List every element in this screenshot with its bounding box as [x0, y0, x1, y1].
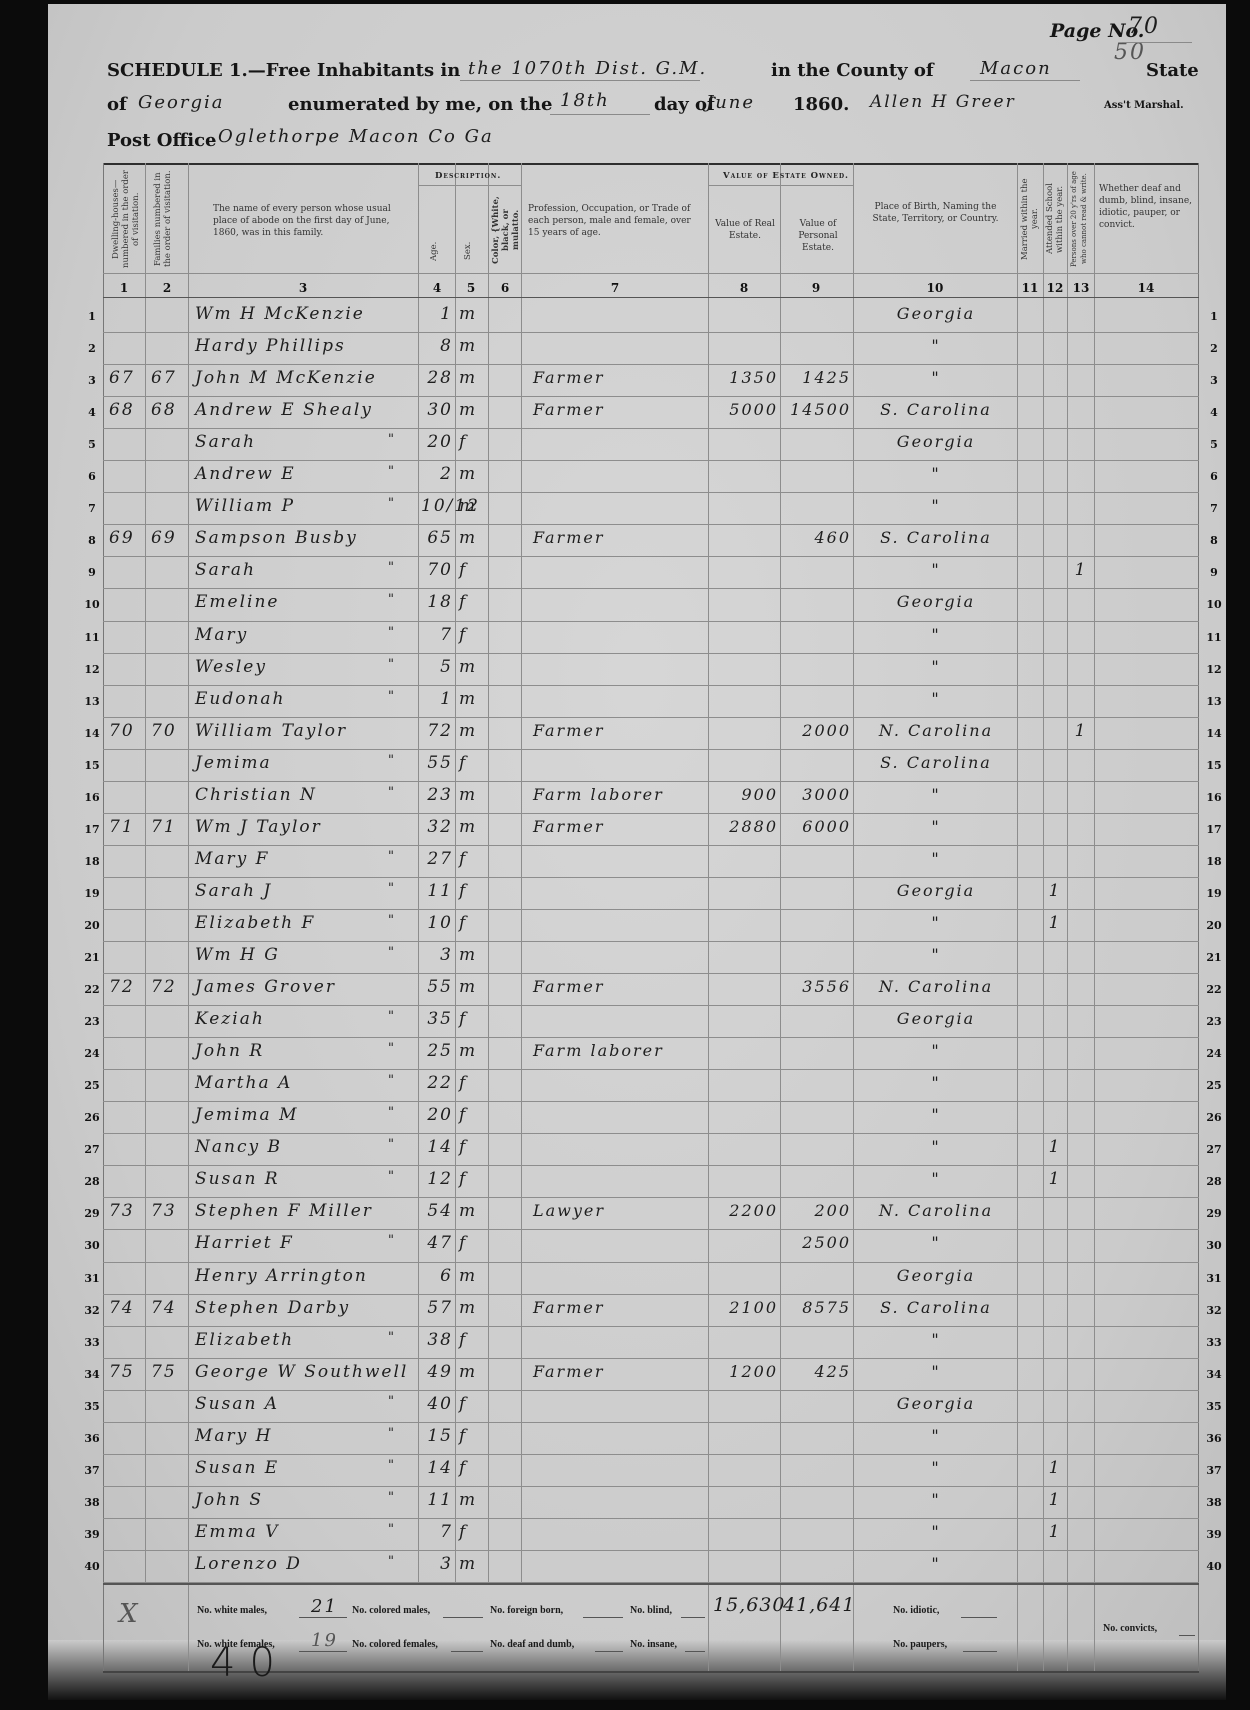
age-value: 20 [421, 1105, 453, 1125]
family-number: 73 [151, 1201, 185, 1221]
surname-ditto: " [388, 1394, 404, 1409]
row-number-left: 26 [81, 1111, 103, 1124]
deaf-dumb-label: No. deaf and dumb, [490, 1639, 574, 1650]
birthplace-value: " [859, 1041, 1013, 1060]
colored-males-label: No. colored males, [352, 1605, 430, 1616]
birthplace-value: " [859, 1522, 1013, 1541]
row-number-left: 9 [81, 566, 103, 579]
row-number-right: 28 [1203, 1175, 1225, 1188]
sex-value: m [459, 945, 485, 965]
row-number-left: 24 [81, 1047, 103, 1060]
sex-value: f [459, 1458, 485, 1478]
age-value: 8 [421, 336, 453, 356]
age-value: 28 [421, 368, 453, 388]
row-number-left: 19 [81, 887, 103, 900]
occupation-value: Farmer [533, 817, 705, 836]
birthplace-value: S. Carolina [859, 528, 1013, 547]
age-value: 70 [421, 560, 453, 580]
school-mark: 1 [1045, 1490, 1065, 1510]
row-number-right: 13 [1203, 695, 1225, 708]
row-number-right: 34 [1203, 1368, 1225, 1381]
age-value: 54 [421, 1201, 453, 1221]
col-line [780, 163, 781, 1673]
col-number: 2 [147, 281, 187, 295]
age-value: 49 [421, 1362, 453, 1382]
sex-value: m [459, 977, 485, 997]
age-value: 7 [421, 1522, 453, 1542]
row-number-right: 5 [1203, 438, 1225, 451]
personal-estate-value: 200 [783, 1201, 851, 1220]
age-value: 25 [421, 1041, 453, 1061]
person-name: Stephen Darby [195, 1298, 395, 1318]
col-number: 9 [796, 281, 836, 295]
age-value: 3 [421, 945, 453, 965]
age-value: 14 [421, 1458, 453, 1478]
birthplace-value: " [859, 1426, 1013, 1445]
row-number-left: 39 [81, 1528, 103, 1541]
personal-estate-value: 2000 [783, 721, 851, 740]
school-mark: 1 [1045, 881, 1065, 901]
age-value: 2 [421, 464, 453, 484]
person-name: Stephen F Miller [195, 1201, 395, 1221]
sex-value: f [459, 1137, 485, 1157]
person-name: Wm H McKenzie [195, 304, 395, 324]
col14-header: Whether deaf and dumb, blind, insane, id… [1099, 183, 1195, 231]
real-estate-value: 5000 [712, 400, 778, 419]
row-rule [103, 973, 1199, 974]
sex-value: m [459, 400, 485, 420]
sex-value: f [459, 432, 485, 452]
row-number-right: 32 [1203, 1304, 1225, 1317]
dwelling-number: 74 [109, 1298, 143, 1318]
birthplace-value: " [859, 913, 1013, 932]
col-line [488, 163, 489, 1583]
surname-ditto: " [388, 849, 404, 864]
row-number-left: 8 [81, 534, 103, 547]
row-number-right: 29 [1203, 1207, 1225, 1220]
person-name: Wm J Taylor [195, 817, 395, 837]
row-number-left: 2 [81, 342, 103, 355]
birthplace-value: " [859, 560, 1013, 579]
row-number-right: 35 [1203, 1400, 1225, 1413]
row-number-left: 1 [81, 310, 103, 323]
sex-value: m [459, 1490, 485, 1510]
person-name: Wm H G [195, 945, 395, 965]
white-males-label: No. white males, [197, 1605, 267, 1616]
col2-header: Families numbered in the order of visita… [153, 169, 183, 269]
row-rule [103, 460, 1199, 461]
sex-value: f [459, 625, 485, 645]
birthplace-value: " [859, 368, 1013, 387]
col-line [455, 163, 456, 1583]
marshal-label: Ass't Marshal. [1104, 100, 1184, 111]
bottom-count: 40 [210, 1640, 289, 1686]
birthplace-value: " [859, 496, 1013, 515]
person-name: William P [195, 496, 395, 516]
district-value: the 1070th Dist. G.M. [468, 58, 707, 79]
birthplace-value: S. Carolina [859, 1298, 1013, 1317]
birthplace-value: " [859, 945, 1013, 964]
row-rule [103, 1229, 1199, 1230]
row-rule [103, 653, 1199, 654]
description-header: Description. [435, 171, 501, 181]
birthplace-value: " [859, 464, 1013, 483]
birthplace-value: Georgia [859, 1394, 1013, 1413]
real-estate-value: 2880 [712, 817, 778, 836]
occupation-value: Lawyer [533, 1201, 705, 1220]
dwelling-number: 73 [109, 1201, 143, 1221]
page-number-overwrite: 50 [1114, 40, 1146, 65]
row-number-right: 24 [1203, 1047, 1225, 1060]
row-number-left: 30 [81, 1239, 103, 1252]
col-line [521, 163, 522, 1583]
row-number-right: 27 [1203, 1143, 1225, 1156]
person-name: Susan E [195, 1458, 395, 1478]
school-mark: 1 [1045, 1522, 1065, 1542]
state-value: Georgia [138, 92, 224, 113]
sex-value: m [459, 304, 485, 324]
real-estate-value: 2100 [712, 1298, 778, 1317]
row-number-left: 23 [81, 1015, 103, 1028]
total-real-estate: 15,630 [713, 1594, 785, 1616]
row-number-right: 15 [1203, 759, 1225, 772]
row-number-right: 36 [1203, 1432, 1225, 1445]
sex-value: f [459, 1169, 485, 1189]
col-line [1198, 163, 1199, 1673]
row-rule [103, 1422, 1199, 1423]
birthplace-value: " [859, 1137, 1013, 1156]
row-number-left: 7 [81, 502, 103, 515]
birthplace-value: " [859, 1169, 1013, 1188]
person-name: George W Southwell [195, 1362, 395, 1382]
birthplace-value: " [859, 785, 1013, 804]
row-number-right: 26 [1203, 1111, 1225, 1124]
person-name: John R [195, 1041, 395, 1061]
person-name: Elizabeth [195, 1330, 395, 1350]
occupation-value: Farm laborer [533, 785, 705, 804]
dwelling-number: 70 [109, 721, 143, 741]
col9-header: Value of Personal Estate. [786, 218, 850, 254]
birthplace-value: " [859, 689, 1013, 708]
idiotic-label: No. idiotic, [893, 1605, 939, 1616]
row-number-right: 14 [1203, 727, 1225, 740]
occupation-value: Farmer [533, 400, 705, 419]
dwelling-number: 75 [109, 1362, 143, 1382]
surname-ditto: " [388, 1458, 404, 1473]
row-rule [103, 1454, 1199, 1455]
row-number-left: 31 [81, 1272, 103, 1285]
surname-ditto: " [388, 432, 404, 447]
sex-value: m [459, 464, 485, 484]
row-rule [103, 1197, 1199, 1198]
age-value: 55 [421, 753, 453, 773]
person-name: Wesley [195, 657, 395, 677]
surname-ditto: " [388, 496, 404, 511]
birthplace-value: " [859, 1073, 1013, 1092]
age-value: 7 [421, 625, 453, 645]
person-name: Christian N [195, 785, 395, 805]
header-bottom-line [103, 273, 1199, 274]
row-number-left: 27 [81, 1143, 103, 1156]
col-line [103, 163, 104, 1673]
row-rule [103, 396, 1199, 397]
row-number-left: 38 [81, 1496, 103, 1509]
row-number-right: 1 [1203, 310, 1225, 323]
row-number-left: 33 [81, 1336, 103, 1349]
enumerated-label: enumerated by me, on the [288, 94, 552, 115]
surname-ditto: " [388, 1105, 404, 1120]
personal-estate-value: 425 [783, 1362, 851, 1381]
person-name: Sampson Busby [195, 528, 395, 548]
idiotic-line [961, 1617, 997, 1618]
row-number-right: 8 [1203, 534, 1225, 547]
sex-value: f [459, 1426, 485, 1446]
day-underline [550, 114, 650, 115]
surname-ditto: " [388, 657, 404, 672]
county-label: in the County of [771, 60, 934, 81]
row-rule [103, 1390, 1199, 1391]
dwelling-number: 71 [109, 817, 143, 837]
sex-value: f [459, 1233, 485, 1253]
census-table: Dwelling-houses—numbered in the order of… [103, 163, 1199, 1673]
blind-line [681, 1617, 705, 1618]
person-name: Sarah [195, 560, 395, 580]
row-number-right: 23 [1203, 1015, 1225, 1028]
birthplace-value: " [859, 1458, 1013, 1477]
age-value: 57 [421, 1298, 453, 1318]
person-name: Andrew E [195, 464, 395, 484]
age-value: 3 [421, 1554, 453, 1574]
row-number-left: 16 [81, 791, 103, 804]
age-value: 6 [421, 1266, 453, 1286]
row-rule [103, 941, 1199, 942]
foreign-born-line [583, 1617, 623, 1618]
personal-estate-value: 3556 [783, 977, 851, 996]
row-number-left: 17 [81, 823, 103, 836]
row-number-right: 12 [1203, 663, 1225, 676]
age-value: 47 [421, 1233, 453, 1253]
row-rule [103, 1165, 1199, 1166]
sex-value: m [459, 496, 485, 516]
surname-ditto: " [388, 913, 404, 928]
person-name: Andrew E Shealy [195, 400, 395, 420]
row-number-left: 40 [81, 1560, 103, 1573]
schedule-title: SCHEDULE 1.—Free Inhabitants in [107, 60, 460, 81]
sex-value: m [459, 368, 485, 388]
age-value: 15 [421, 1426, 453, 1446]
person-name: Jemima [195, 753, 395, 773]
row-number-left: 34 [81, 1368, 103, 1381]
row-number-right: 30 [1203, 1239, 1225, 1252]
row-rule [103, 1550, 1199, 1551]
age-value: 38 [421, 1330, 453, 1350]
age-value: 72 [421, 721, 453, 741]
sex-value: f [459, 881, 485, 901]
occupation-value: Farmer [533, 368, 705, 387]
personal-estate-value: 2500 [783, 1233, 851, 1252]
row-rule [103, 813, 1199, 814]
dwelling-number: 68 [109, 400, 143, 420]
row-number-left: 20 [81, 919, 103, 932]
person-name: Susan R [195, 1169, 395, 1189]
personal-estate-value: 460 [783, 528, 851, 547]
row-rule [103, 621, 1199, 622]
family-number: 68 [151, 400, 185, 420]
row-rule [103, 1518, 1199, 1519]
person-name: John M McKenzie [195, 368, 395, 388]
personal-estate-value: 8575 [783, 1298, 851, 1317]
surname-ditto: " [388, 560, 404, 575]
col5-header: Sex. [463, 233, 479, 269]
table-top-border [103, 163, 1199, 165]
row-number-right: 31 [1203, 1272, 1225, 1285]
age-value: 55 [421, 977, 453, 997]
col-number: 13 [1061, 281, 1101, 295]
row-rule [103, 492, 1199, 493]
occupation-value: Farmer [533, 528, 705, 547]
row-number-right: 22 [1203, 983, 1225, 996]
district-underline [460, 80, 700, 81]
person-name: Mary H [195, 1426, 395, 1446]
col-line [708, 163, 709, 1673]
row-number-left: 37 [81, 1464, 103, 1477]
birthplace-value: Georgia [859, 592, 1013, 611]
surname-ditto: " [388, 1041, 404, 1056]
row-rule [103, 1133, 1199, 1134]
surname-ditto: " [388, 464, 404, 479]
birthplace-value: Georgia [859, 1266, 1013, 1285]
row-number-right: 25 [1203, 1079, 1225, 1092]
row-number-right: 37 [1203, 1464, 1225, 1477]
county-underline [970, 80, 1080, 81]
birthplace-value: " [859, 1330, 1013, 1349]
row-number-left: 14 [81, 727, 103, 740]
row-number-left: 22 [81, 983, 103, 996]
row-number-left: 11 [81, 631, 103, 644]
col-line [1017, 163, 1018, 1673]
col-line [853, 163, 854, 1673]
county-value: Macon [980, 58, 1052, 79]
sex-value: f [459, 849, 485, 869]
row-number-right: 20 [1203, 919, 1225, 932]
estate-header: Value of Estate Owned. [723, 171, 849, 181]
sex-value: f [459, 753, 485, 773]
personal-estate-value: 6000 [783, 817, 851, 836]
surname-ditto: " [388, 1490, 404, 1505]
colnum-bottom-line [103, 297, 1199, 298]
row-rule [103, 1069, 1199, 1070]
family-number: 70 [151, 721, 185, 741]
occupation-value: Farmer [533, 977, 705, 996]
person-name: James Grover [195, 977, 395, 997]
col12-header: Attended School within the year. [1045, 169, 1067, 269]
sex-value: f [459, 560, 485, 580]
birthplace-value: " [859, 336, 1013, 355]
age-value: 1 [421, 304, 453, 324]
sex-value: m [459, 817, 485, 837]
sex-value: f [459, 1073, 485, 1093]
age-value: 22 [421, 1073, 453, 1093]
of-label: of [107, 94, 127, 115]
row-number-left: 3 [81, 374, 103, 387]
foreign-born-label: No. foreign born, [490, 1605, 563, 1616]
row-number-right: 19 [1203, 887, 1225, 900]
total-personal-estate: 41,641 [783, 1594, 855, 1616]
person-name: Emma V [195, 1522, 395, 1542]
summary-top-line [103, 1583, 1199, 1585]
person-name: Lorenzo D [195, 1554, 395, 1574]
col-line [418, 163, 419, 1583]
sex-value: m [459, 721, 485, 741]
occupation-value: Farmer [533, 1298, 705, 1317]
row-number-right: 11 [1203, 631, 1225, 644]
row-number-left: 5 [81, 438, 103, 451]
white-males-line [299, 1617, 347, 1618]
row-number-left: 35 [81, 1400, 103, 1413]
surname-ditto: " [388, 1522, 404, 1537]
col11-header: Married within the year. [1020, 169, 1042, 269]
sex-value: m [459, 1041, 485, 1061]
row-number-right: 6 [1203, 470, 1225, 483]
paupers-line [963, 1651, 997, 1652]
row-rule [103, 877, 1199, 878]
row-rule [103, 524, 1199, 525]
col-number: 7 [595, 281, 635, 295]
surname-ditto: " [388, 1233, 404, 1248]
sex-value: m [459, 528, 485, 548]
birthplace-value: Georgia [859, 1009, 1013, 1028]
col13-header: Persons over 20 y'rs of age who cannot r… [1069, 169, 1093, 269]
age-value: 5 [421, 657, 453, 677]
row-rule [103, 588, 1199, 589]
personal-estate-value: 3000 [783, 785, 851, 804]
surname-ditto: " [388, 1169, 404, 1184]
sex-value: m [459, 336, 485, 356]
surname-ditto: " [388, 881, 404, 896]
real-estate-value: 1350 [712, 368, 778, 387]
dwelling-number: 69 [109, 528, 143, 548]
row-rule [103, 364, 1199, 365]
age-value: 10/12 [421, 496, 453, 516]
age-value: 18 [421, 592, 453, 612]
col-line [1043, 163, 1044, 1673]
age-value: 14 [421, 1137, 453, 1157]
sex-value: m [459, 1201, 485, 1221]
sex-value: f [459, 1394, 485, 1414]
occupation-value: Farm laborer [533, 1041, 705, 1060]
sex-value: f [459, 913, 485, 933]
illiterate-mark: 1 [1069, 560, 1093, 580]
col-number: 14 [1126, 281, 1166, 295]
sex-value: f [459, 1009, 485, 1029]
row-rule [103, 1262, 1199, 1263]
sex-value: m [459, 1298, 485, 1318]
age-value: 20 [421, 432, 453, 452]
description-divider [418, 185, 521, 186]
birthplace-value: S. Carolina [859, 753, 1013, 772]
blind-label: No. blind, [630, 1605, 672, 1616]
deaf-dumb-line [595, 1651, 623, 1652]
row-number-right: 3 [1203, 374, 1225, 387]
row-rule [103, 717, 1199, 718]
insane-label: No. insane, [630, 1639, 677, 1650]
surname-ditto: " [388, 1554, 404, 1569]
surname-ditto: " [388, 689, 404, 704]
row-rule [103, 1005, 1199, 1006]
row-number-left: 4 [81, 406, 103, 419]
row-number-right: 16 [1203, 791, 1225, 804]
row-number-right: 4 [1203, 406, 1225, 419]
